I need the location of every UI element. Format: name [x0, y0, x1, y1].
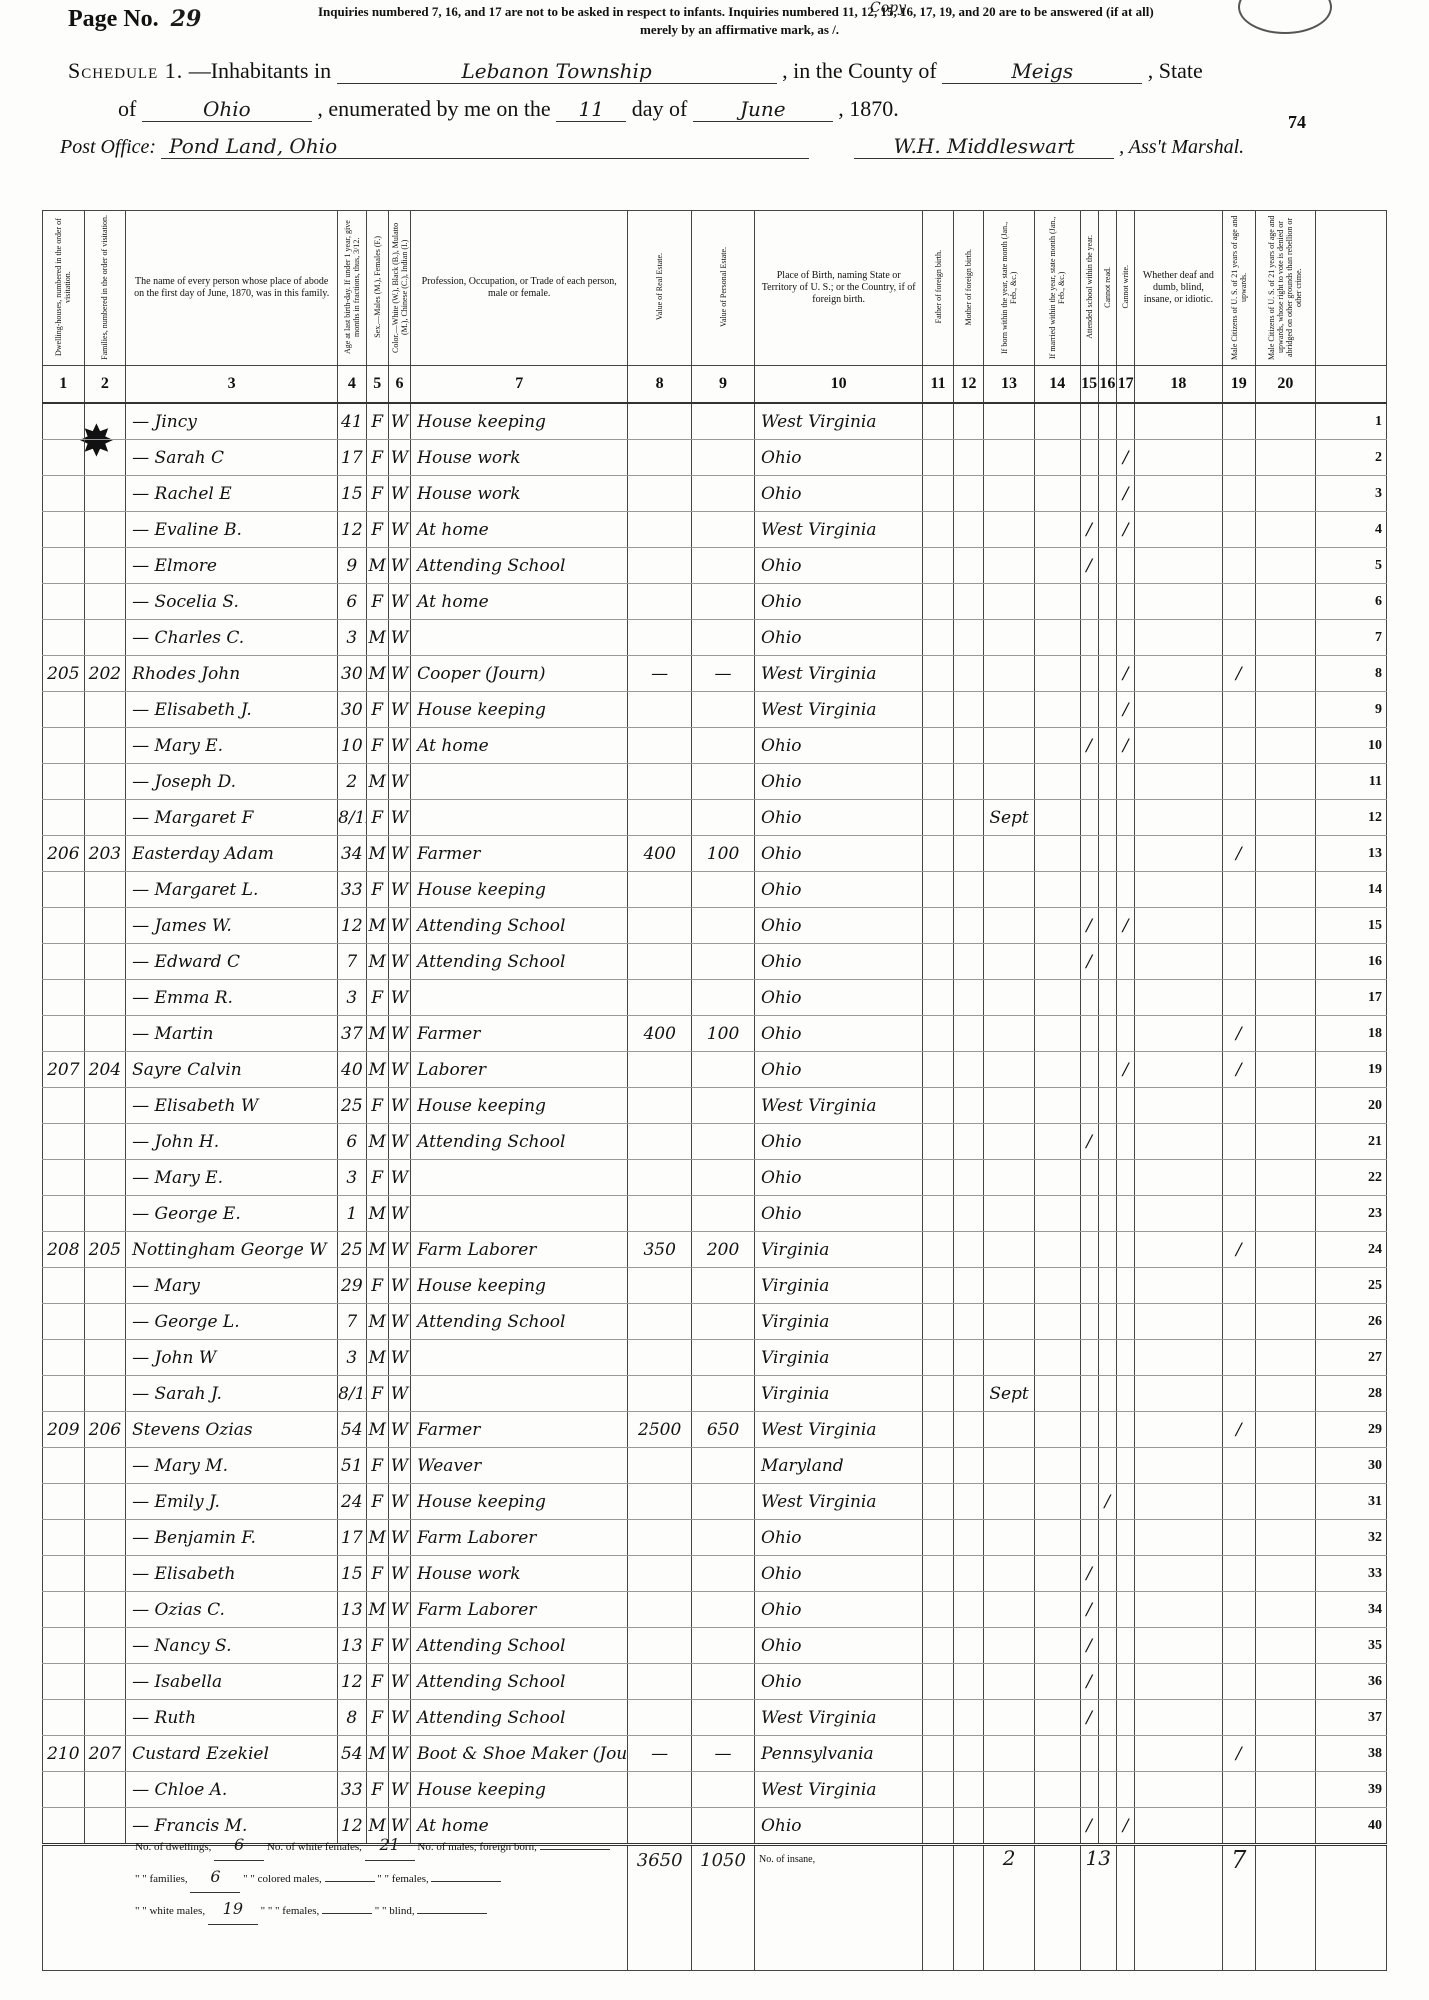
cell-12 [953, 692, 983, 728]
cell-c19 [1222, 1520, 1255, 1556]
cell-occupation: Attending School [411, 1304, 628, 1340]
cell-sex: F [366, 1556, 388, 1592]
cell-c19 [1222, 512, 1255, 548]
table-row: 210207Custard Ezekiel54MWBoot & Shoe Mak… [43, 1736, 1387, 1772]
empty-cell [1034, 1845, 1080, 1971]
table-body: — Jincy41FWHouse keepingWest Virginia1— … [43, 403, 1387, 1845]
cell-c17: / [1117, 656, 1135, 692]
cell-dwelling [43, 1448, 85, 1484]
cell-c19 [1222, 728, 1255, 764]
cell-12 [953, 1232, 983, 1268]
cell-name: — Chloe A. [126, 1772, 338, 1808]
cell-11 [923, 908, 953, 944]
cell-c13 [984, 1448, 1035, 1484]
cell-c16 [1098, 1628, 1116, 1664]
cell-12 [953, 1556, 983, 1592]
cell-c13 [984, 1736, 1035, 1772]
cell-12 [953, 1376, 983, 1412]
cell-18 [1135, 1412, 1222, 1448]
cell-c16 [1098, 764, 1116, 800]
cell-c15: / [1080, 1628, 1098, 1664]
cell-personal [692, 692, 755, 728]
cell-c14 [1034, 512, 1080, 548]
cell-line: 11 [1315, 764, 1386, 800]
cell-birthplace: West Virginia [754, 1484, 922, 1520]
cell-11 [923, 1628, 953, 1664]
table-row: — Chloe A.33FWHouse keepingWest Virginia… [43, 1772, 1387, 1808]
year-label: , 1870. [838, 96, 899, 121]
cell-c15 [1080, 1160, 1098, 1196]
cell-20 [1255, 908, 1315, 944]
cell-color: W [388, 548, 410, 584]
cell-c15 [1080, 1232, 1098, 1268]
page-number: 29 [171, 6, 202, 32]
col-num: 1 [43, 366, 85, 404]
cell-c15 [1080, 1016, 1098, 1052]
table-row: — Margaret F8/12FWOhioSept12 [43, 800, 1387, 836]
cell-birthplace: Ohio [754, 1016, 922, 1052]
cell-20 [1255, 1772, 1315, 1808]
cell-age: 40 [338, 1052, 366, 1088]
cell-line: 40 [1315, 1808, 1386, 1845]
col-num [1315, 366, 1386, 404]
cell-real [628, 584, 692, 620]
table-row: 208205Nottingham George W25MWFarm Labore… [43, 1232, 1387, 1268]
cell-18 [1135, 1592, 1222, 1628]
cell-real [628, 1592, 692, 1628]
cell-c16 [1098, 584, 1116, 620]
cell-family [84, 1268, 126, 1304]
cell-c15 [1080, 872, 1098, 908]
cell-personal [692, 1160, 755, 1196]
cell-color: W [388, 1664, 410, 1700]
cell-occupation: Attending School [411, 1628, 628, 1664]
cell-12 [953, 908, 983, 944]
cell-name: — Mary [126, 1268, 338, 1304]
cell-family [84, 1772, 126, 1808]
cell-personal [692, 1772, 755, 1808]
cell-name: — George L. [126, 1304, 338, 1340]
cell-11 [923, 944, 953, 980]
col-num: 13 [984, 366, 1035, 404]
col-num: 18 [1135, 366, 1222, 404]
table-row: — George L.7MWAttending SchoolVirginia26 [43, 1304, 1387, 1340]
cell-real [628, 1376, 692, 1412]
cell-c13 [984, 1700, 1035, 1736]
cell-line: 4 [1315, 512, 1386, 548]
cell-c16 [1098, 1700, 1116, 1736]
empty-cell [1255, 1845, 1315, 1971]
cell-12 [953, 476, 983, 512]
cell-real [628, 1160, 692, 1196]
cell-sex: F [366, 1772, 388, 1808]
cell-c14 [1034, 476, 1080, 512]
schedule-text: —Inhabitants in [189, 58, 331, 83]
col-num: 7 [411, 366, 628, 404]
cell-sex: M [366, 944, 388, 980]
cell-c14 [1034, 1448, 1080, 1484]
cell-c14 [1034, 1196, 1080, 1232]
cell-sex: F [366, 728, 388, 764]
cell-occupation: Farmer [411, 1412, 628, 1448]
cell-name: — Sarah J. [126, 1376, 338, 1412]
cell-real [628, 403, 692, 440]
cell-color: W [388, 1376, 410, 1412]
cell-20 [1255, 584, 1315, 620]
cell-c19 [1222, 620, 1255, 656]
cell-c13 [984, 908, 1035, 944]
cell-c14 [1034, 1268, 1080, 1304]
cell-18 [1135, 1628, 1222, 1664]
cell-birthplace: West Virginia [754, 1700, 922, 1736]
cell-line: 23 [1315, 1196, 1386, 1232]
cell-dwelling [43, 980, 85, 1016]
cell-real [628, 1556, 692, 1592]
cell-real [628, 1340, 692, 1376]
cell-real [628, 512, 692, 548]
cell-family [84, 1340, 126, 1376]
cell-11 [923, 836, 953, 872]
cell-11 [923, 764, 953, 800]
cell-c17 [1117, 1736, 1135, 1772]
cell-family: 204 [84, 1052, 126, 1088]
col-header-12: Mother of foreign birth. [953, 211, 983, 366]
cell-c14 [1034, 1124, 1080, 1160]
cell-c13 [984, 1160, 1035, 1196]
cell-dwelling [43, 1304, 85, 1340]
cell-sex: M [366, 908, 388, 944]
cell-color: W [388, 800, 410, 836]
cell-occupation: House keeping [411, 1088, 628, 1124]
cell-real [628, 1124, 692, 1160]
cell-20 [1255, 764, 1315, 800]
cell-c17 [1117, 1376, 1135, 1412]
col-header-6: Color.—White (W.), Black (B.), Mulatto (… [388, 211, 410, 366]
cell-c15 [1080, 1340, 1098, 1376]
cell-c16 [1098, 1376, 1116, 1412]
cell-name: — Socelia S. [126, 584, 338, 620]
cell-dwelling: 207 [43, 1052, 85, 1088]
cell-c17 [1117, 1016, 1135, 1052]
cell-12 [953, 1448, 983, 1484]
cell-real: 400 [628, 836, 692, 872]
cell-real [628, 1052, 692, 1088]
cell-18 [1135, 1232, 1222, 1268]
col-num: 20 [1255, 366, 1315, 404]
cell-c17 [1117, 1124, 1135, 1160]
cell-20 [1255, 512, 1315, 548]
cell-birthplace: Maryland [754, 1448, 922, 1484]
cell-age: 17 [338, 1520, 366, 1556]
cell-c15: / [1080, 1556, 1098, 1592]
cell-c19 [1222, 1304, 1255, 1340]
cell-c19 [1222, 764, 1255, 800]
cell-name: — Rachel E [126, 476, 338, 512]
table-row: — Margaret L.33FWHouse keepingOhio14 [43, 872, 1387, 908]
col-num: 19 [1222, 366, 1255, 404]
cell-11 [923, 728, 953, 764]
cell-age: 17 [338, 440, 366, 476]
cell-age: 12 [338, 512, 366, 548]
cell-family: 203 [84, 836, 126, 872]
cell-18 [1135, 403, 1222, 440]
page-label: Page No. [68, 6, 159, 32]
cell-line: 36 [1315, 1664, 1386, 1700]
cell-family [84, 1556, 126, 1592]
cell-c19: / [1222, 1736, 1255, 1772]
cell-c16 [1098, 1016, 1116, 1052]
cell-birthplace: Ohio [754, 476, 922, 512]
cell-c17 [1117, 764, 1135, 800]
cell-real: 350 [628, 1232, 692, 1268]
cell-c13 [984, 1268, 1035, 1304]
col-header-17: Cannot write. [1117, 211, 1135, 366]
cell-12 [953, 1088, 983, 1124]
cell-c16 [1098, 1088, 1116, 1124]
cell-c19 [1222, 403, 1255, 440]
cell-personal [692, 1628, 755, 1664]
cell-name: — Elisabeth J. [126, 692, 338, 728]
cell-personal [692, 980, 755, 1016]
table-row: — Jincy41FWHouse keepingWest Virginia1 [43, 403, 1387, 440]
cell-dwelling [43, 764, 85, 800]
cell-c17 [1117, 1700, 1135, 1736]
cell-dwelling: 206 [43, 836, 85, 872]
cell-18 [1135, 800, 1222, 836]
cell-sex: M [366, 1592, 388, 1628]
cell-c17 [1117, 1556, 1135, 1592]
cell-c16 [1098, 1772, 1116, 1808]
cell-c17 [1117, 1664, 1135, 1700]
cell-c14 [1034, 944, 1080, 980]
cell-11 [923, 1160, 953, 1196]
cell-occupation: Attending School [411, 944, 628, 980]
cell-11 [923, 512, 953, 548]
cell-c15: / [1080, 548, 1098, 584]
cell-20 [1255, 1700, 1315, 1736]
cell-c15 [1080, 1484, 1098, 1520]
cell-personal [692, 1520, 755, 1556]
cell-line: 26 [1315, 1304, 1386, 1340]
cell-20 [1255, 1664, 1315, 1700]
cell-family [84, 1448, 126, 1484]
page-number-line: Page No. 29 [68, 6, 201, 33]
cell-sex: F [366, 512, 388, 548]
cell-c19 [1222, 476, 1255, 512]
cell-12 [953, 836, 983, 872]
cell-c16 [1098, 620, 1116, 656]
cell-name: — Charles C. [126, 620, 338, 656]
cell-c17: / [1117, 1052, 1135, 1088]
cell-c14 [1034, 872, 1080, 908]
col-num: 17 [1117, 366, 1135, 404]
cell-real: 2500 [628, 1412, 692, 1448]
cell-12 [953, 656, 983, 692]
cell-real [628, 1268, 692, 1304]
cell-sex: M [366, 1016, 388, 1052]
cell-color: W [388, 1340, 410, 1376]
citizens-total: 7 [1222, 1845, 1255, 1971]
cell-age: 7 [338, 944, 366, 980]
cell-c17 [1117, 1484, 1135, 1520]
cell-occupation [411, 620, 628, 656]
cell-line: 29 [1315, 1412, 1386, 1448]
table-row: — Emily J.24FWHouse keepingWest Virginia… [43, 1484, 1387, 1520]
cell-c15 [1080, 1304, 1098, 1340]
cell-18 [1135, 1088, 1222, 1124]
cell-color: W [388, 692, 410, 728]
cell-birthplace: Virginia [754, 1232, 922, 1268]
cell-c13 [984, 1628, 1035, 1664]
cell-family [84, 403, 126, 440]
cell-dwelling [43, 1556, 85, 1592]
cell-occupation [411, 1340, 628, 1376]
cell-c15 [1080, 1052, 1098, 1088]
cell-personal [692, 512, 755, 548]
cell-c15 [1080, 403, 1098, 440]
cell-11 [923, 1772, 953, 1808]
cell-c19 [1222, 1088, 1255, 1124]
cell-c13 [984, 872, 1035, 908]
cell-12 [953, 800, 983, 836]
cell-dwelling [43, 1376, 85, 1412]
cell-sex: M [366, 656, 388, 692]
column-headers: Dwelling-houses, numbered in the order o… [43, 211, 1387, 366]
cell-c19 [1222, 1592, 1255, 1628]
column-numbers: 1 2 3 4 5 6 7 8 9 10 11 12 13 14 15 16 1… [43, 366, 1387, 404]
summary-line-3: " " white males, 19 " " " females, " " b… [135, 1894, 610, 1926]
cell-dwelling: 210 [43, 1736, 85, 1772]
cell-family [84, 1304, 126, 1340]
cell-c19 [1222, 1484, 1255, 1520]
cell-c17 [1117, 1412, 1135, 1448]
cell-12 [953, 548, 983, 584]
table-row: 209206Stevens Ozias54MWFarmer2500650West… [43, 1412, 1387, 1448]
cell-birthplace: West Virginia [754, 403, 922, 440]
cell-c19 [1222, 692, 1255, 728]
cell-20 [1255, 1160, 1315, 1196]
cell-11 [923, 1592, 953, 1628]
cell-20 [1255, 728, 1315, 764]
col-header-16: Cannot read. [1098, 211, 1116, 366]
cell-color: W [388, 1772, 410, 1808]
cell-c14 [1034, 440, 1080, 476]
cell-12 [953, 1520, 983, 1556]
cell-11 [923, 1088, 953, 1124]
cell-c13: Sept [984, 800, 1035, 836]
cell-birthplace: Ohio [754, 1160, 922, 1196]
table-row: — Nancy S.13FWAttending SchoolOhio/35 [43, 1628, 1387, 1664]
cell-line: 16 [1315, 944, 1386, 980]
cell-c13 [984, 764, 1035, 800]
cell-dwelling [43, 512, 85, 548]
cell-line: 15 [1315, 908, 1386, 944]
cell-sex: M [366, 1412, 388, 1448]
cell-occupation [411, 800, 628, 836]
cell-c15: / [1080, 728, 1098, 764]
cell-c16 [1098, 1304, 1116, 1340]
cell-c14 [1034, 836, 1080, 872]
cell-c19: / [1222, 656, 1255, 692]
cell-personal [692, 1592, 755, 1628]
cell-18 [1135, 1520, 1222, 1556]
cell-personal [692, 620, 755, 656]
cell-12 [953, 1124, 983, 1160]
cell-c15 [1080, 800, 1098, 836]
cell-c16 [1098, 1592, 1116, 1628]
enumeration-line: of Ohio , enumerated by me on the 11 day… [118, 96, 899, 122]
cell-color: W [388, 620, 410, 656]
col-num: 12 [953, 366, 983, 404]
cell-c14 [1034, 1700, 1080, 1736]
cell-c14 [1034, 1088, 1080, 1124]
cell-c17 [1117, 1340, 1135, 1376]
cell-c19 [1222, 1268, 1255, 1304]
cell-family [84, 764, 126, 800]
cell-c15: / [1080, 1124, 1098, 1160]
blind-label: " " blind, [375, 1905, 415, 1917]
cell-dwelling [43, 692, 85, 728]
col-header-9: Value of Personal Estate. [692, 211, 755, 366]
cell-c15 [1080, 1088, 1098, 1124]
cell-11 [923, 440, 953, 476]
cell-personal [692, 1052, 755, 1088]
colored-females-count [322, 1913, 372, 1914]
table-row: — Elmore9MWAttending SchoolOhio/5 [43, 548, 1387, 584]
cell-color: W [388, 908, 410, 944]
cell-20 [1255, 1052, 1315, 1088]
month-field: June [693, 97, 833, 122]
cell-c17: / [1117, 440, 1135, 476]
col-num: 4 [338, 366, 366, 404]
cell-c14 [1034, 1304, 1080, 1340]
cell-real [628, 1448, 692, 1484]
cell-dwelling: 209 [43, 1412, 85, 1448]
cell-color: W [388, 728, 410, 764]
cell-occupation: Laborer [411, 1052, 628, 1088]
colored-females-label: " " " females, [261, 1905, 320, 1917]
cell-c16 [1098, 944, 1116, 980]
cell-c15: / [1080, 1592, 1098, 1628]
cell-real [628, 980, 692, 1016]
cell-c14 [1034, 980, 1080, 1016]
cell-12 [953, 1592, 983, 1628]
cell-11 [923, 1268, 953, 1304]
cell-dwelling [43, 908, 85, 944]
cell-occupation: Farmer [411, 1016, 628, 1052]
cell-dwelling [43, 1772, 85, 1808]
cell-12 [953, 1016, 983, 1052]
cell-dwelling [43, 800, 85, 836]
post-office-line: Post Office: Pond Land, Ohio W.H. Middle… [60, 134, 1244, 159]
cell-family [84, 620, 126, 656]
cell-name: — James W. [126, 908, 338, 944]
col-header-20: Male Citizens of U. S. of 21 years of ag… [1255, 211, 1315, 366]
cell-real [628, 944, 692, 980]
marshal-field: W.H. Middleswart [854, 134, 1114, 159]
cell-age: 33 [338, 872, 366, 908]
col-num: 9 [692, 366, 755, 404]
cell-18 [1135, 1376, 1222, 1412]
cell-c19 [1222, 1196, 1255, 1232]
cell-11 [923, 584, 953, 620]
table-row: — Ozias C.13MWFarm LaborerOhio/34 [43, 1592, 1387, 1628]
cell-18 [1135, 1556, 1222, 1592]
families-label: " " families, [135, 1873, 188, 1885]
col-num: 11 [923, 366, 953, 404]
cell-occupation: House keeping [411, 1772, 628, 1808]
cell-c16 [1098, 476, 1116, 512]
